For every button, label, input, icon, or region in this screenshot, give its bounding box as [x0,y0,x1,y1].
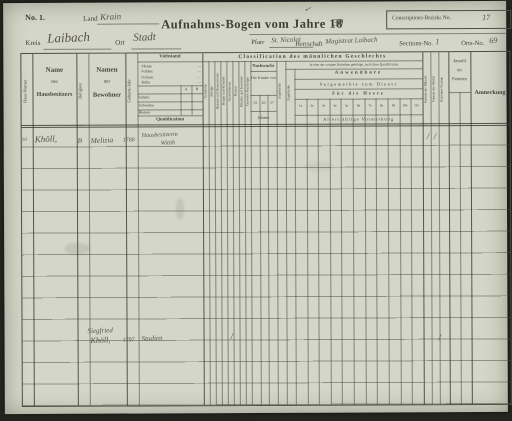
orts-no-value-handwritten: 69 [489,36,497,45]
class-col-3: Beamte und Honoratioren [215,63,220,119]
age-cell-2: 2e [307,104,318,108]
form-number: No. 1. [25,13,45,22]
viehstand-subrow-1: Schafe [139,94,179,99]
entry1-owner-name: Khöll, [35,133,58,144]
applicable-line2: Anwendbare [294,70,422,76]
parties-box-line3: Parteien [448,76,470,81]
age-cell-6: 6e [353,104,365,108]
entry2-inhabitant-line2: Khöll, [90,335,110,345]
conscription-district-box: Conscriptions-Bezirks No. 17 [386,10,511,30]
age-cell-8: 8e [376,103,388,107]
herrschaft-value-handwritten: Magistrat Laibach [325,36,378,46]
col-remark: Anmerkung [470,90,509,96]
conscription-label: Conscriptions-Bezirks No. [392,15,451,21]
col-owner-line2: des [32,80,76,85]
col-inhabitants-line3: Bewohner [88,92,125,99]
entry1-tally-b: / [433,131,436,141]
col-owner-line3: Hausbesitzers [32,92,76,98]
pfarr-label: Pfarr [251,39,264,46]
kreis-label: Kreis [25,39,40,47]
ink-smudge [176,198,184,220]
class-col-2: Adelige [209,63,214,119]
entry1-religion: B [78,137,83,145]
parties-box-line2: der [448,67,470,72]
summary-col-total: Gesammt-Summe [439,58,447,120]
class-col-6: Bauern [233,63,238,119]
nachwuchs-subtitle: Die Kinder von [250,75,276,80]
check-mark: ✓ [303,4,311,14]
age-cell-1: 1e [295,104,307,108]
nachwuchs-unit: Jahren [251,115,277,120]
paper-stain [64,243,90,255]
class-col-4: Bürger und Künstler [221,63,226,119]
class-col-5: Gewerbsleute [227,63,232,119]
sections-label: Sections-No. [399,40,433,47]
col-birth-year: Geburts-Jahr [126,60,136,122]
summary-col-men: Summe der Männer [423,58,429,120]
applicable-footer: Altersjährige Vormerkung [295,116,423,122]
col-inhabitants-line1: Namen [88,66,125,74]
applicable-side: Zugetheilte [286,71,293,115]
entry1-tally-a: / [426,131,429,141]
applicable-line3: Vorgemerkte zum Dienst [294,81,422,87]
summary-col-women: Summe der Weiber [431,58,437,120]
age-cell-4: 4e [330,104,341,108]
age-cell-5: 5e [341,104,353,108]
col-haus-no: Haus-Numer [22,60,31,122]
applicable-line4: Für die Heere [294,90,422,96]
orts-no-label: Orts-No. [461,40,484,47]
entry1-birth-year: 1788 [123,137,135,143]
applicable-line1: In eine der vorigen Rubriken gehörige, n… [285,62,422,67]
age-cell-7: 7e [365,103,376,107]
viehstand-item-value: — [197,63,201,68]
table-body-rows [22,124,511,406]
class-col-8: Gewerbs-Nachfolger [245,63,250,119]
nachwuchs-year-15: 15 [251,100,260,105]
land-value-handwritten: Krain [100,11,121,22]
scanned-form-screenshot: No. 1. Land Krain Aufnahms-Bogen vom Jah… [0,0,512,421]
ort-value-handwritten: Stadt [133,31,156,44]
entry1-qualification-line2: Wittib [161,140,176,147]
viehstand-item-label: Ochsen [141,74,153,79]
class-col-1: Geistliche [203,63,208,119]
kreis-value-handwritten: Laibach [47,29,90,47]
class-col-7: Häusler und Inwohner [239,63,244,119]
viehstand-item-value: — [197,79,201,84]
entry2-qualification: Studien [141,334,162,343]
viehstand-item-label: Kühe [141,79,150,84]
conscription-value-handwritten: 17 [482,13,490,22]
viehstand-subrow-3: Bienen [139,109,179,114]
viehstand-footer-qualification: Qualification [138,117,203,122]
sections-value-handwritten: 1 [435,37,439,46]
col-inhabitants-line2: der [88,80,125,85]
viehstand-subcol-b: B [191,86,202,91]
parties-box-line1: Anzahl [448,58,470,63]
age-cell-10: 10e [400,103,411,107]
viehstand-item-value: — [197,68,201,73]
viehstand-item-label: Fohlen [141,68,152,73]
viehstand-item-label: Pferde [141,63,151,68]
classification-title: Classification des männlichen Geschlecht… [202,53,422,60]
herrschaft-label: Herrschaft [295,41,322,48]
entry2-tally-sum: / [438,332,441,342]
nachwuchs-year-17: 17 [268,100,277,105]
paper-sheet: No. 1. Land Krain Aufnahms-Bogen vom Jah… [3,1,508,414]
entry1-haus-no: 10 [22,138,27,143]
nachwuchs-title: Nachwuchs [250,63,276,68]
entry2-tally-class: / [230,331,233,341]
page-title: Aufnahms-Bogen vom Jahre 18 [161,17,343,33]
title-year-handwritten: 30 [333,17,343,28]
age-cell-11: 11e [411,103,423,107]
entry1-inhabitant-name: Melizia [91,135,114,145]
entry2-birth-year: 1797 [122,337,134,343]
viehstand-subcol-a: A [180,86,191,91]
viehstand-title: Viehstand [137,54,202,59]
entry2-inhabitant-line1: Siegfried [87,326,113,335]
nachwuchs-year-16: 16 [260,100,268,105]
col-owner-line1: Name [32,66,76,74]
ort-label: Ort [115,39,124,47]
age-cell-9: 9e [388,103,400,107]
col-religion: Religion [77,62,87,120]
census-table: Haus-Numer Name des Hausbesitzers Religi… [20,51,512,407]
viehstand-item-value: — [197,74,201,79]
zuwachs-column: Zugetheilte [277,63,284,119]
viehstand-subrow-2: Schweine [139,102,179,107]
land-label: Land [83,15,97,23]
age-cell-3: 3e [318,104,330,108]
